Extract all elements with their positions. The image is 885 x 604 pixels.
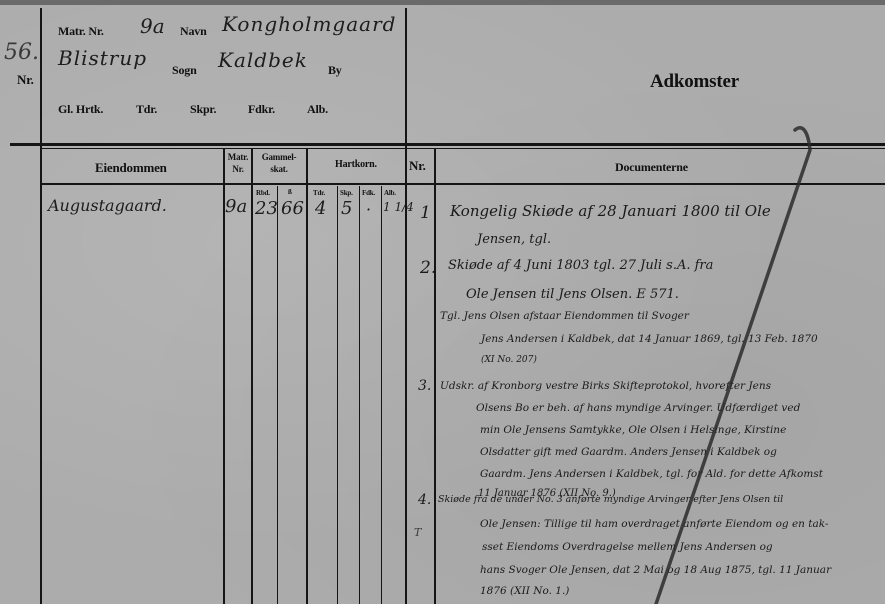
cancellation-slash-icon [0,0,885,604]
register-page: 56. Nr. Matr. Nr. 9a Navn Kongholmgaard … [0,0,885,604]
